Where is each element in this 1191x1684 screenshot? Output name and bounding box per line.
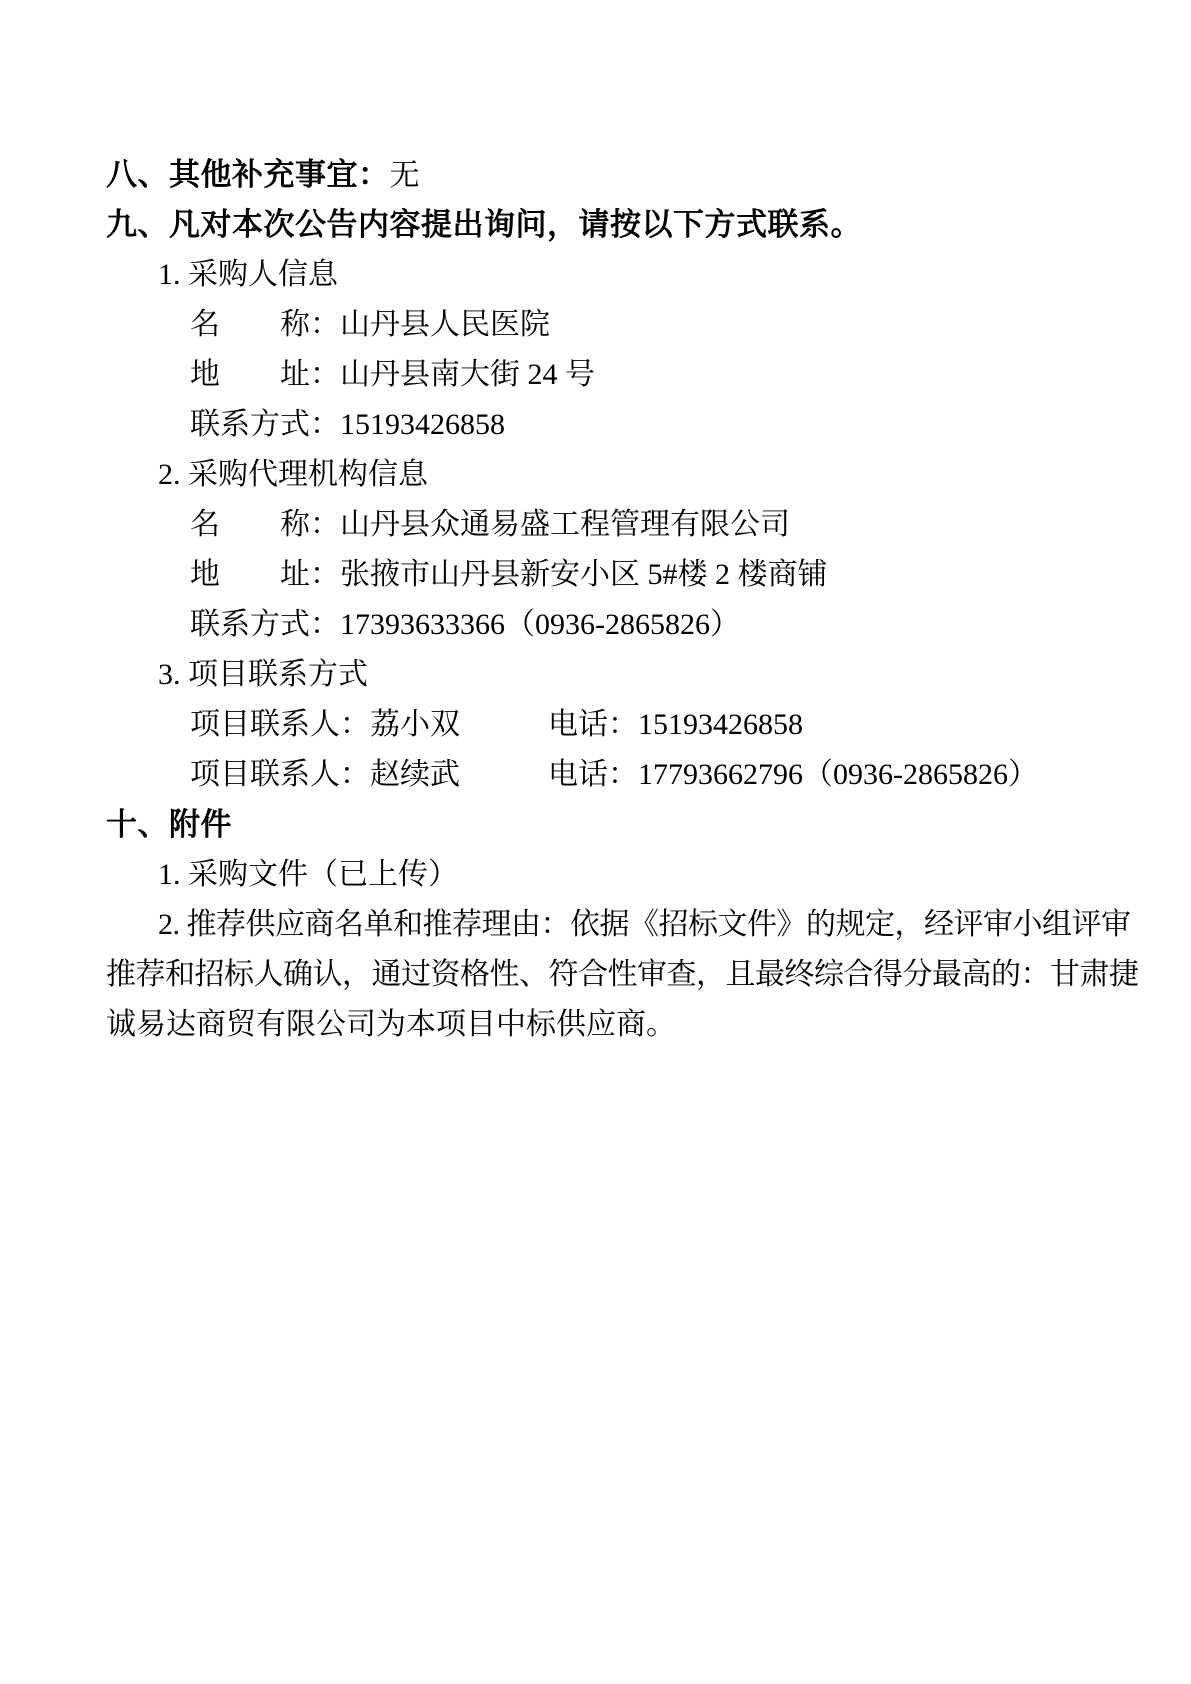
project-contact-row: 项目联系人：荔小双电话：15193426858	[106, 700, 1151, 750]
section-10-heading: 十、附件	[106, 807, 232, 842]
agency-address: 地 址：张掖市山丹县新安小区 5#楼 2 楼商铺	[106, 550, 1151, 600]
section-8-heading-line: 八、其他补充事宜：无	[106, 150, 1151, 200]
project-contact-person-1: 项目联系人：荔小双	[190, 700, 548, 750]
agency-item-title: 2. 采购代理机构信息	[106, 450, 1151, 500]
agency-contact: 联系方式：17393633366（0936-2865826）	[106, 600, 1151, 650]
document-page: 八、其他补充事宜：无 九、凡对本次公告内容提出询问，请按以下方式联系。 1. 采…	[0, 0, 1191, 1684]
project-contacts-item-title: 3. 项目联系方式	[106, 650, 1151, 700]
recommendation-reason-line-2: 推荐和招标人确认，通过资格性、符合性审查，且最终综合得分最高的：甘肃捷	[106, 950, 1151, 1000]
purchaser-contact: 联系方式：15193426858	[106, 400, 1151, 450]
section-8-value: 无	[390, 159, 420, 192]
section-8-heading: 八、其他补充事宜：	[106, 157, 390, 192]
attachment-item-1: 1. 采购文件（已上传）	[106, 850, 1151, 900]
project-contact-person-2: 项目联系人：赵续武	[190, 750, 548, 800]
section-10-heading-line: 十、附件	[106, 800, 1151, 850]
purchaser-item-title: 1. 采购人信息	[106, 250, 1151, 300]
agency-name: 名 称：山丹县众通易盛工程管理有限公司	[106, 500, 1151, 550]
project-contact-row: 项目联系人：赵续武电话：17793662796（0936-2865826）	[106, 750, 1151, 800]
project-contact-phone-1: 电话：15193426858	[548, 708, 803, 741]
project-contact-phone-2: 电话：17793662796（0936-2865826）	[548, 758, 1038, 791]
section-9-heading-line: 九、凡对本次公告内容提出询问，请按以下方式联系。	[106, 200, 1151, 250]
purchaser-address: 地 址：山丹县南大街 24 号	[106, 350, 1151, 400]
recommendation-reason-line-3: 诚易达商贸有限公司为本项目中标供应商。	[106, 1000, 1151, 1050]
purchaser-name: 名 称：山丹县人民医院	[106, 300, 1151, 350]
recommendation-reason-line-1: 2. 推荐供应商名单和推荐理由：依据《招标文件》的规定，经评审小组评审	[106, 900, 1151, 950]
section-9-heading: 九、凡对本次公告内容提出询问，请按以下方式联系。	[106, 207, 862, 242]
